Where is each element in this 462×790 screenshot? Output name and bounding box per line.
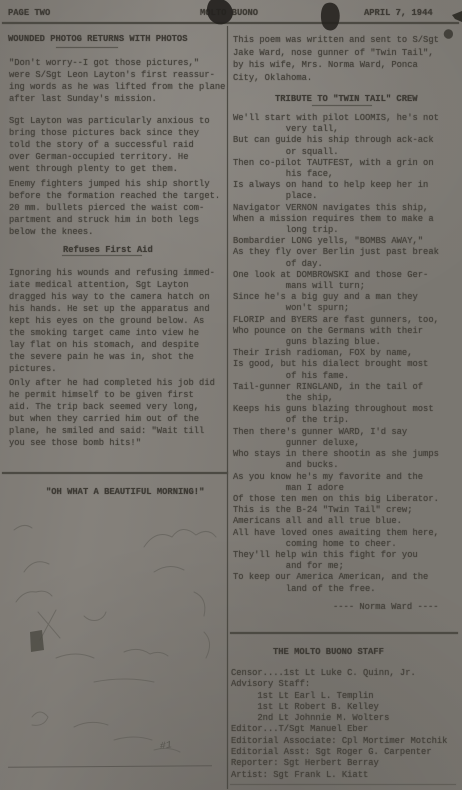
masthead-title: MOLTO BUONO [200,7,258,19]
staff-rule [230,632,458,634]
staff-bottom-rule [230,784,456,785]
ink-blot-right [321,3,340,31]
article-headline: WOUNDED PHOTOG RETURNS WITH PHOTOS [8,33,188,45]
header-rule [2,22,459,24]
poem-signature: ---- Norma Ward ---- [333,601,439,613]
staff-list: Censor....1st Lt Luke C. Quinn, Jr. Advi… [231,668,447,781]
poem-intro: This poem was written and sent to S/Sgt … [233,34,439,84]
article-paragraph-5: Only after he had completed his job did … [9,377,215,449]
section-rule [2,472,228,474]
article-paragraph-3: Enemy fighters jumped his ship shortly b… [9,178,220,238]
column-divider [227,26,228,789]
small-blot [444,29,453,39]
cartoon-caption: "OH WHAT A BEAUTIFUL MORNING!" [46,486,204,498]
staff-title: THE MOLTO BUONO STAFF [273,646,384,658]
page-label: PAGE TWO [8,7,50,19]
pencil-line [8,765,212,767]
issue-date: APRIL 7, 1944 [364,7,433,19]
pencil-note: #1 [159,740,172,753]
article-paragraph-1: "Don't worry--I got those pictures," wer… [9,57,225,105]
article-paragraph-4: Ignoring his wounds and refusing immed- … [9,267,215,375]
subhead-underline [62,255,142,256]
headline-underline [56,47,118,48]
poem-title-underline [312,105,372,106]
newspaper-page: PAGE TWO MOLTO BUONO APRIL 7, 1944 WOUND… [0,0,462,790]
article-paragraph-2: Sgt Layton was particularly anxious to b… [9,115,210,175]
cartoon-sketch [4,512,226,774]
edge-mark [452,11,462,22]
poem-body: We'll start with pilot LOOMIS, he's not … [233,113,439,595]
poem-title: TRIBUTE TO "TWIN TAIL" CREW [275,93,418,105]
